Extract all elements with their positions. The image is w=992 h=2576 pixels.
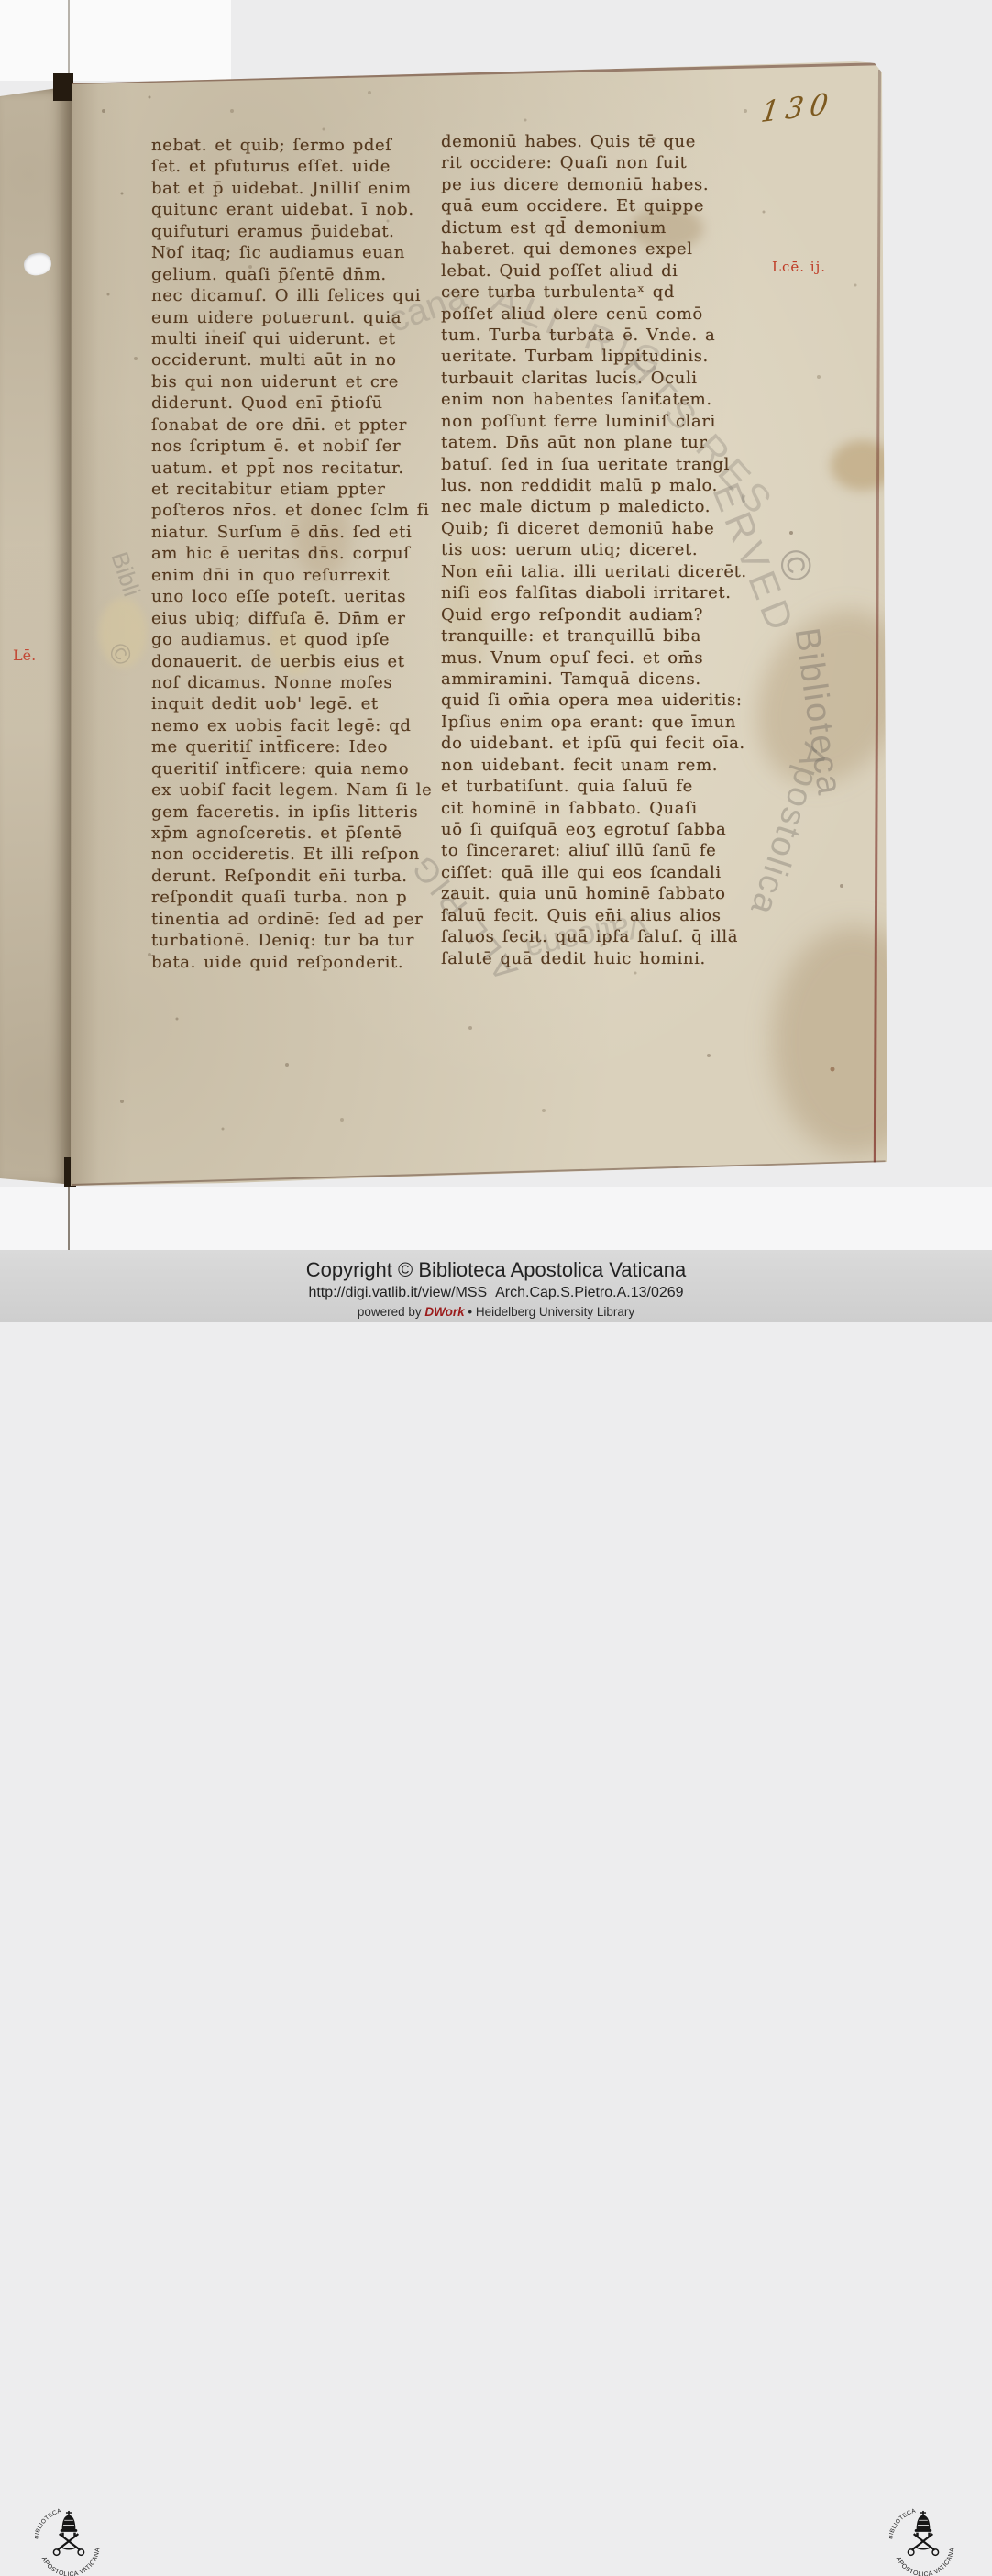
- manuscript-line: ſaluos fecit. quā ipſa ſaluſ. q̄ illā: [441, 927, 744, 948]
- right-margin-rubric: Lcē. ij.: [772, 259, 826, 275]
- manuscript-line: multi ineiſ qui uiderunt. et: [151, 329, 428, 350]
- manuscript-line: ciſſet: quā ille qui eos ſcandali: [441, 863, 744, 884]
- manuscript-line: tatem. Dn̄s aūt non plane tur: [441, 433, 744, 454]
- manuscript-line: non occideretis. Et illi reſpon: [151, 845, 428, 866]
- manuscript-line: ſet. et pfuturus eſſet. uide: [151, 157, 428, 178]
- text-column-left: nebat. et quib; ſermo pdeſſet. et pfutur…: [151, 136, 428, 974]
- manuscript-line: derunt. Reſpondit en̄i turba.: [151, 867, 428, 888]
- manuscript-line: non uidebant. fecit unam rem.: [441, 756, 744, 777]
- manuscript-line: Noſ itaq; ſic audiamus euan: [151, 243, 428, 264]
- manuscript-line: tinentia ad ordinē: ſed ad per: [151, 910, 428, 931]
- manuscript-line: ammiramini. Tamquā dicens.: [441, 669, 744, 691]
- copyright-footer: APOSTOLICA VATICANA BIBLIOTECA Copyright…: [0, 1250, 992, 1322]
- parchment-stain: [831, 440, 895, 491]
- manuscript-line: mus. Vnum opuſ feci. et om̄s: [441, 648, 744, 669]
- powered-by-suffix: • Heidelberg University Library: [465, 1305, 635, 1319]
- manuscript-line: turbationē. Deniq: tur ba tur: [151, 931, 428, 952]
- manuscript-line: et recitabitur etiam ppter: [151, 480, 428, 501]
- manuscript-line: diderunt. Quod enī p̄tioſū: [151, 393, 428, 415]
- manuscript-line: enim non habentes ſanitatem.: [441, 390, 744, 411]
- manuscript-line: non poſſunt ferre luminiſ clari: [441, 412, 744, 433]
- facing-page-edge: Lē.: [0, 87, 72, 1184]
- powered-by-prefix: powered by: [358, 1305, 425, 1319]
- manuscript-line: Non en̄i talia. illi ueritati dicerēt.: [441, 562, 744, 583]
- manuscript-line: go audiamus. et quod ipſe: [151, 630, 428, 651]
- photo-backdrop-bottom: [0, 1187, 992, 1251]
- manuscript-line: tum. Turba turbata ē. Vnde. a: [441, 326, 744, 347]
- manuscript-line: nebat. et quib; ſermo pdeſ: [151, 136, 428, 157]
- manuscript-line: reſpondit quaſi turba. non p: [151, 888, 428, 909]
- manuscript-line: bis qui non uiderunt et cre: [151, 372, 428, 393]
- manuscript-line: ſonabat de ore dn̄i. et ppter: [151, 415, 428, 437]
- manuscript-line: gelium. quaſi p̄ſentē dn̄m.: [151, 265, 428, 286]
- manuscript-line: eum uidere potuerunt. quia: [151, 308, 428, 329]
- manuscript-line: do uidebant. et ipſū qui fecit oīa.: [441, 734, 744, 755]
- manuscript-line: niſi eos falſitas diaboli irritaret.: [441, 583, 744, 604]
- manuscript-line: pe ius dicere demoniū habes.: [441, 175, 744, 196]
- manuscript-line: uatum. et ppt̄ nos recitatur.: [151, 459, 428, 480]
- manuscript-line: turbauit claritas lucis. Oculi: [441, 369, 744, 390]
- manuscript-line: quā eum occidere. Et quippe: [441, 196, 744, 217]
- copyright-line: Copyright © Biblioteca Apostolica Vatica…: [0, 1258, 992, 1282]
- manuscript-line: to ſinceraret: aliuſ illū ſanū fe: [441, 841, 744, 862]
- manuscript-line: tranquille: et tranquillū biba: [441, 626, 744, 647]
- manuscript-line: uno loco eſſe poteſt. ueritas: [151, 587, 428, 608]
- manuscript-line: xp̄m agnoſceretis. et p̄ſentē: [151, 824, 428, 845]
- manuscript-line: am hic ē ueritas dn̄s. corpuſ: [151, 544, 428, 565]
- manuscript-line: niatur. Surſum ē dn̄s. ſed eti: [151, 523, 428, 544]
- manuscript-line: nec dicamuſ. O illi felices qui: [151, 286, 428, 307]
- manuscript-line: nos ſcriptum ē. et nobiſ ſer: [151, 437, 428, 458]
- manuscript-line: eius ubiq; diffuſa ē. Dn̄m er: [151, 609, 428, 630]
- manuscript-line: lebat. Quid poſſet aliud di: [441, 261, 744, 282]
- manuscript-line: Quib; ſi diceret demoniū habe: [441, 519, 744, 540]
- manuscript-line: ueritate. Turbam lippitudinis.: [441, 347, 744, 368]
- manuscript-line: tis uos: uerum utiq; diceret.: [441, 540, 744, 561]
- manuscript-line: et turbatiſunt. quia ſaluū fe: [441, 777, 744, 798]
- manuscript-line: cit hominē in ſabbato. Quaſi: [441, 799, 744, 820]
- left-margin-rubric: Lē.: [13, 647, 36, 664]
- binding-notch: [53, 73, 73, 101]
- manuscript-line: ex uobiſ facit legem. Nam ſi le: [151, 780, 428, 802]
- manuscript-line: uō ſi quiſquā eoʒ egrotuſ ſabba: [441, 820, 744, 841]
- manuscript-line: dictum est qd̄ demonium: [441, 218, 744, 239]
- manuscript-line: Ipſius enim opa erant: que īmun: [441, 713, 744, 734]
- manuscript-line: Quid ergo reſpondit audiam?: [441, 605, 744, 626]
- book-board-edge: [68, 0, 70, 81]
- book-board-edge: [68, 1185, 70, 1251]
- manuscript-line: quifuturi eramus p̄uidebat.: [151, 222, 428, 243]
- manuscript-line: bata. uide quid reſponderit.: [151, 953, 428, 974]
- parchment-stain: [772, 926, 937, 1155]
- manuscript-line: me queritiſ int̄ficere: Ideo: [151, 737, 428, 758]
- manuscript-line: poſteros nr̄os. et donec ſclm fi: [151, 501, 428, 522]
- manuscript-line: zauit. quia unū hominē ſabbato: [441, 884, 744, 905]
- manuscript-line: gem faceretis. in ipſis litteris: [151, 802, 428, 824]
- manuscript-url: http://digi.vatlib.it/view/MSS_Arch.Cap.…: [0, 1285, 992, 1301]
- dwork-label: DWork: [424, 1305, 464, 1319]
- manuscript-line: lus. non reddidit malū p malo.: [441, 476, 744, 497]
- text-column-right: demoniū habes. Quis tē querit occidere: …: [441, 132, 744, 970]
- digitized-manuscript-photo: Lē. cana ALL RIG HTS RES ERVED © Bibliot…: [0, 0, 992, 1251]
- powered-by-line: powered by DWork • Heidelberg University…: [0, 1305, 992, 1319]
- manuscript-line: quitunc erant uidebat. ī nob.: [151, 200, 428, 221]
- manuscript-line: cere turba turbulentaˣ qd: [441, 282, 744, 304]
- manuscript-line: poſſet aliud olere cenū comō: [441, 304, 744, 326]
- manuscript-line: occiderunt. multi aūt in no: [151, 350, 428, 371]
- manuscript-line: batuſ. ſed in ſua ueritate trangl: [441, 455, 744, 476]
- manuscript-line: inquit dedit uob' legē. et: [151, 694, 428, 715]
- manuscript-line: noſ dicamus. Nonne moſes: [151, 673, 428, 694]
- manuscript-line: enim dn̄i in quo reſurrexit: [151, 566, 428, 587]
- manuscript-line: bat et p̄ uidebat. Jnilliſ enim: [151, 179, 428, 200]
- manuscript-line: queritiſ int̄ficere: quia nemo: [151, 759, 428, 780]
- photo-backdrop: [0, 0, 231, 81]
- manuscript-line: nec male dictum p maledicto.: [441, 497, 744, 518]
- manuscript-line: rit occidere: Quaſi non fuit: [441, 153, 744, 174]
- footer-text-block: Copyright © Biblioteca Apostolica Vatica…: [0, 1250, 992, 1319]
- manuscript-line: ſalutē quā dedit huic homini.: [441, 949, 744, 970]
- manuscript-line: haberet. qui demones expel: [441, 239, 744, 260]
- manuscript-line: ſaluū fecit. Quis en̄i alius alios: [441, 906, 744, 927]
- manuscript-line: donauerit. de uerbis eius et: [151, 652, 428, 673]
- manuscript-line: nemo ex uobis facit legē: qd: [151, 716, 428, 737]
- parchment-mottling: [0, 87, 72, 1184]
- manuscript-line: quid ſi om̄ia opera mea uideritis:: [441, 691, 744, 712]
- manuscript-line: demoniū habes. Quis tē que: [441, 132, 744, 153]
- manuscript-page: cana ALL RIG HTS RES ERVED © Biblioteca …: [66, 55, 891, 1192]
